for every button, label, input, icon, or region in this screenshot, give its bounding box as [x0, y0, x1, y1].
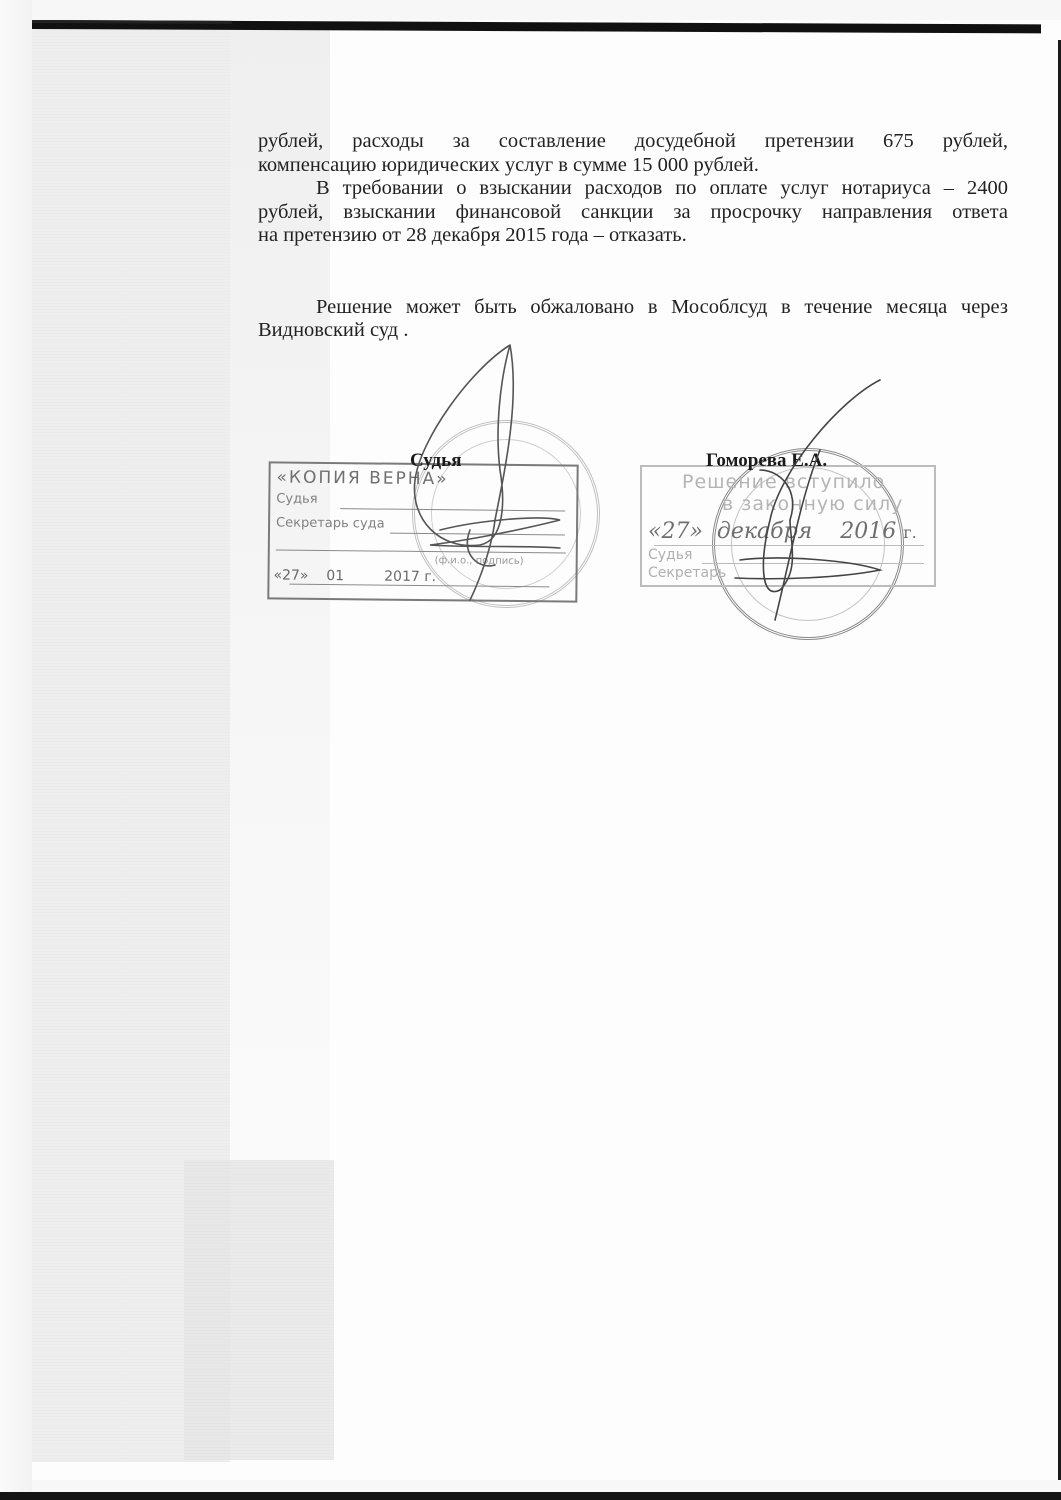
- handwritten-signature: [0, 0, 1061, 700]
- scan-shadow-band: [184, 1160, 334, 1460]
- page-bottom-edge: [0, 1492, 1061, 1500]
